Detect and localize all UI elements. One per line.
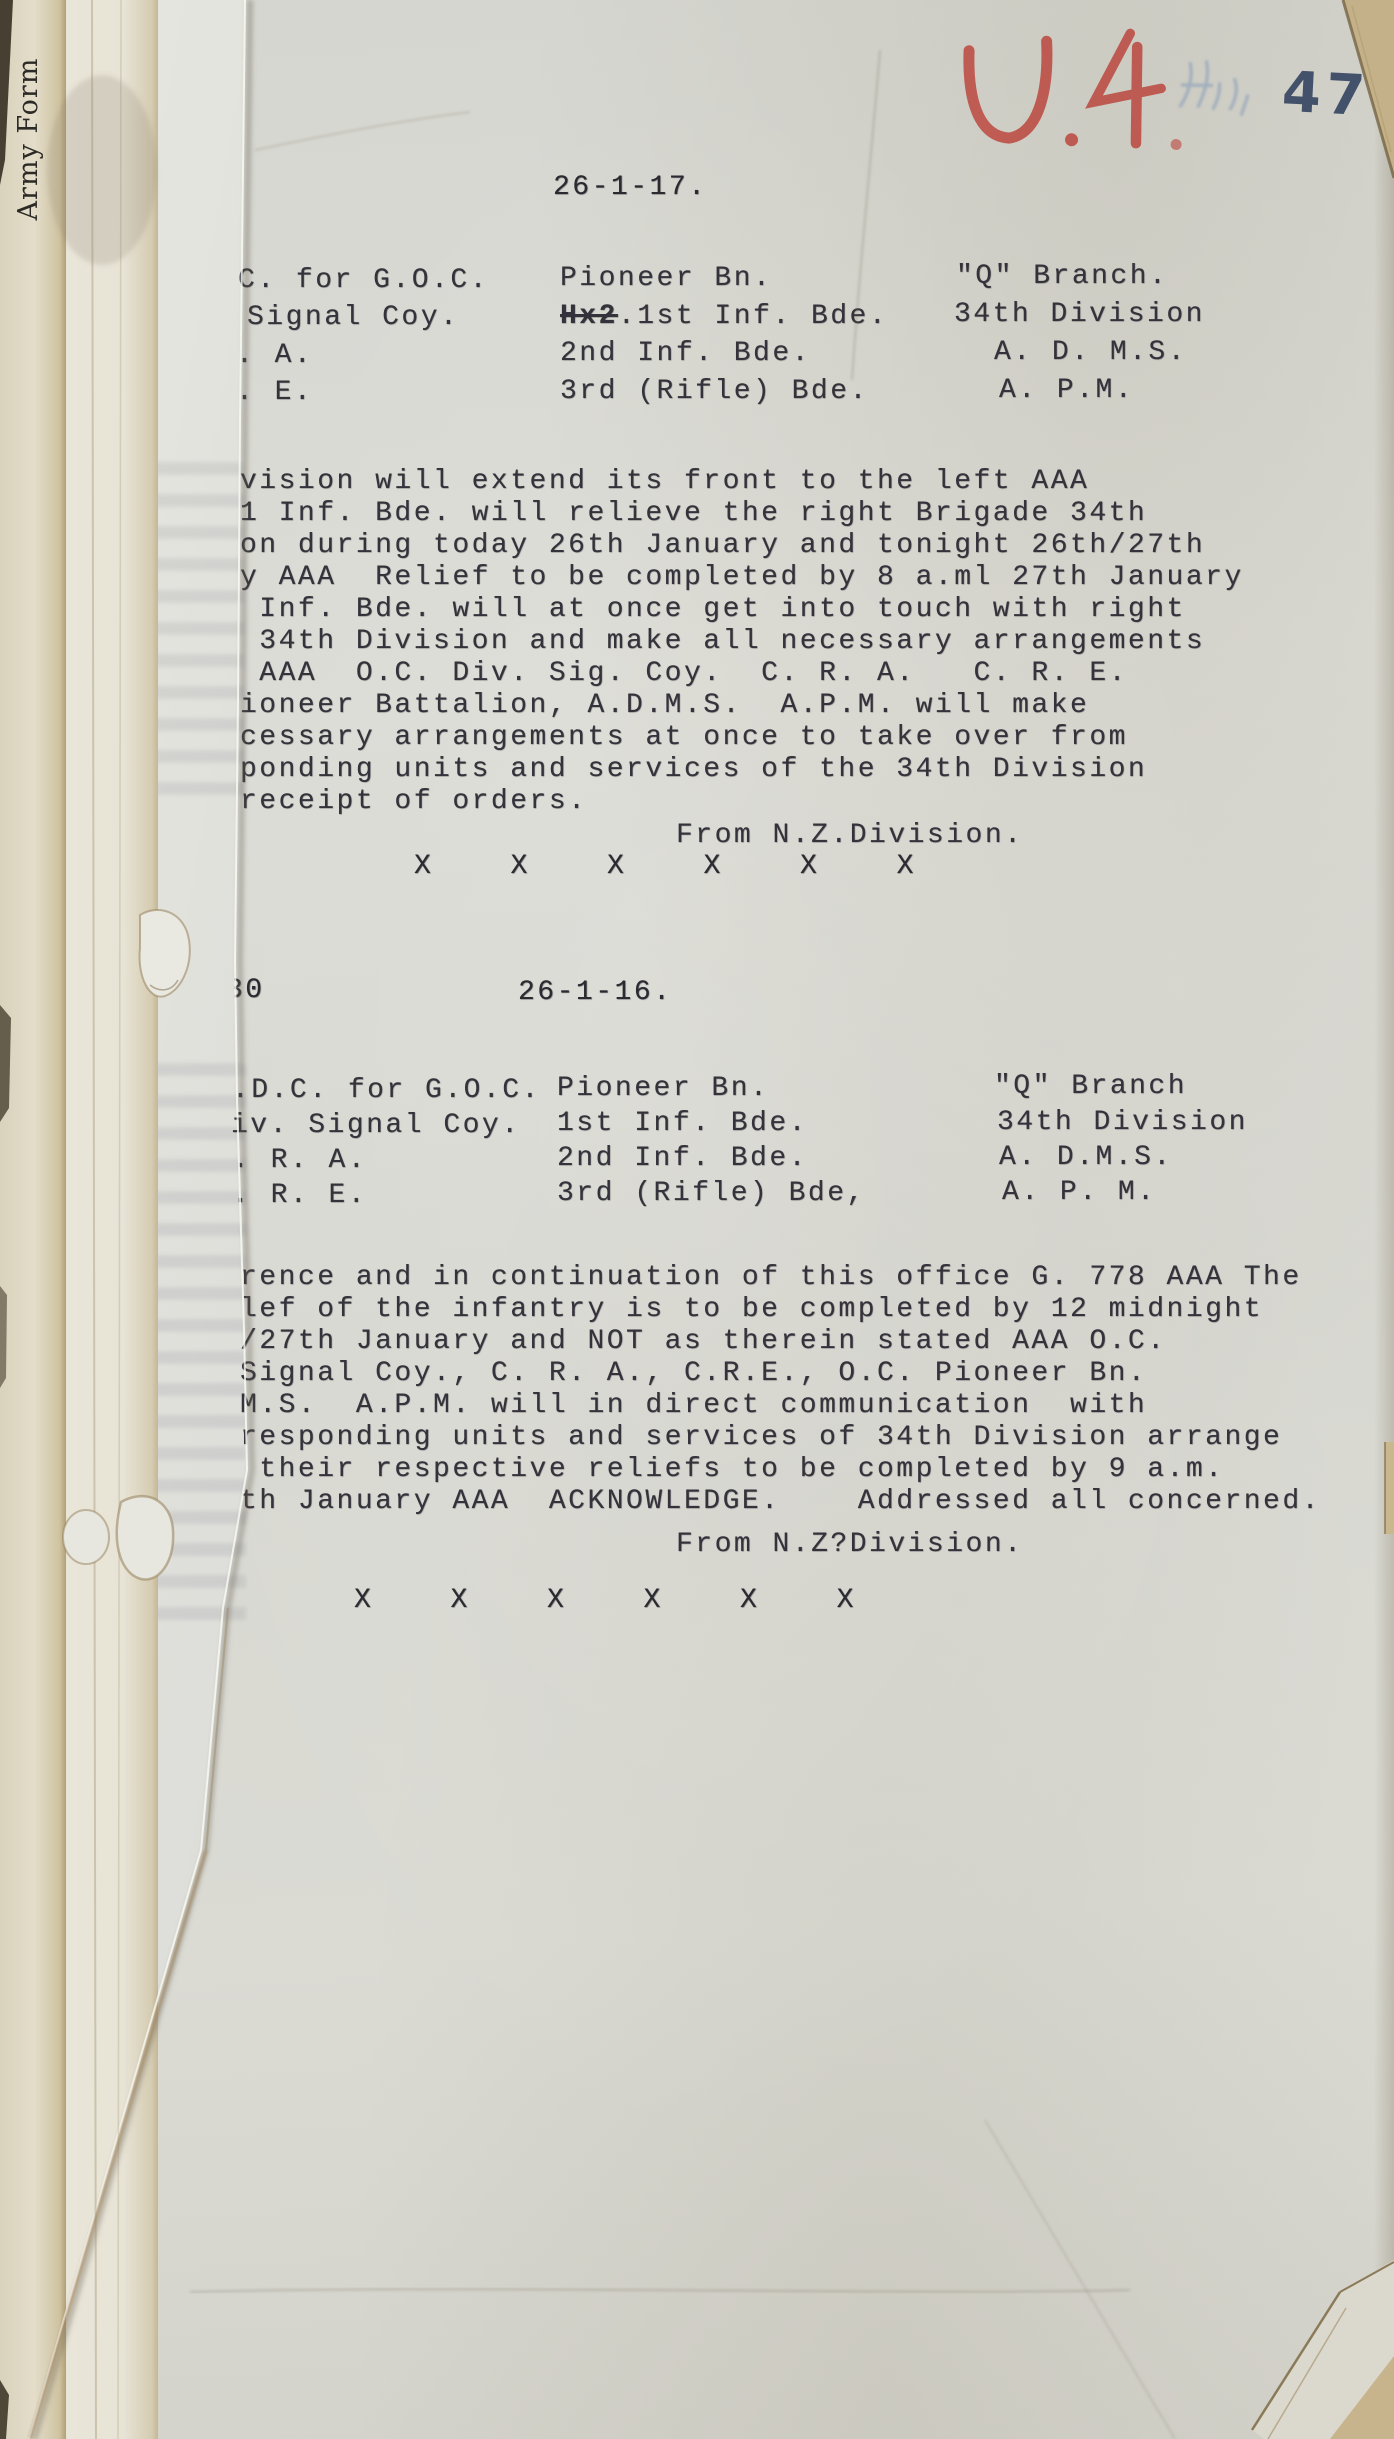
body-line: y AAA Relief to be completed by 8 a.ml 2…	[240, 562, 1244, 594]
body-line: /27th January and NOT as therein stated …	[240, 1326, 1167, 1358]
distribution-entry: Signal Coy.	[247, 302, 459, 334]
body-line: AAA O.C. Div. Sig. Coy. C. R. A. C. R. E…	[240, 658, 1128, 690]
body-line: Signal Coy., C. R. A., C.R.E., O.C. Pion…	[240, 1358, 1147, 1390]
distribution-entry: A. D. M.S.	[994, 337, 1187, 369]
body-line: rence and in continuation of this office…	[240, 1262, 1302, 1294]
distribution-entry: Hx2.1st Inf. Bde.	[560, 301, 888, 333]
distribution-entry: Pioneer Bn.	[560, 263, 772, 295]
message2-date: 26-1-16.	[518, 977, 672, 1009]
body-line: lef of the infantry is to be completed b…	[240, 1294, 1263, 1326]
body-line: 34th Division and make all necessary arr…	[240, 626, 1205, 658]
blue-page-number: 47	[1280, 60, 1371, 130]
body-line: receipt of orders.	[240, 786, 587, 818]
distribution-entry: 3rd (Rifle) Bde.	[560, 376, 869, 408]
scanned-document-photo: 30 Army Form 26-1-17. C. for G.O.C. Sign…	[0, 0, 1394, 2439]
body-line: on during today 26th January and tonight…	[240, 530, 1205, 562]
distribution-entry: . A.	[236, 340, 313, 372]
distribution-entry: 34th Division	[997, 1107, 1248, 1139]
body-line: ioneer Battalion, A.D.M.S. A.P.M. will m…	[240, 690, 1089, 722]
distribution-entry-rest: .1st Inf. Bde.	[618, 301, 888, 332]
distribution-entry: C. for G.O.C.	[238, 265, 489, 297]
distribution-entry: Pioneer Bn.	[557, 1073, 769, 1105]
struck-out-text: Hx2	[560, 301, 618, 332]
body-line: 1 Inf. Bde. will relieve the right Briga…	[240, 498, 1147, 530]
distribution-entry: "Q" Branch.	[956, 261, 1168, 293]
distribution-entry: "Q" Branch	[994, 1071, 1187, 1103]
body-line: Inf. Bde. will at once get into touch wi…	[240, 594, 1186, 626]
distribution-entry: iv. Signal Coy.	[231, 1110, 521, 1142]
x-separator-row: X X X X X X	[414, 851, 916, 883]
distribution-entry: A. P.M.	[999, 375, 1134, 407]
x-separator-row: X X X X X X	[354, 1585, 856, 1617]
from-line: From N.Z.Division.	[676, 820, 1023, 852]
body-line: vision will extend its front to the left…	[240, 466, 1089, 498]
body-line: cessary arrangements at once to take ove…	[240, 722, 1128, 754]
body-line: responding units and services of 34th Di…	[240, 1422, 1282, 1454]
distribution-entry: . R. E.	[232, 1180, 367, 1212]
distribution-entry: 3rd (Rifle) Bde,	[557, 1178, 866, 1210]
body-line: M.S. A.P.M. will in direct communication…	[240, 1390, 1147, 1422]
distribution-entry: . R. A.	[232, 1145, 367, 1177]
distribution-entry: A. D.M.S.	[999, 1142, 1173, 1174]
body-line: th January AAA ACKNOWLEDGE. Addressed al…	[240, 1486, 1321, 1518]
distribution-entry: 2nd Inf. Bde.	[557, 1143, 808, 1175]
body-line: their respective reliefs to be completed…	[240, 1454, 1224, 1486]
distribution-entry: . E.	[236, 377, 313, 409]
distribution-entry: 2nd Inf. Bde.	[560, 338, 811, 370]
typed-content: 26-1-17. C. for G.O.C. Signal Coy. . A. …	[0, 0, 1394, 2439]
distribution-entry: .D.C. for G.O.C.	[232, 1075, 541, 1107]
message1-date: 26-1-17.	[553, 172, 707, 204]
from-line: From N.Z?Division.	[676, 1529, 1023, 1561]
distribution-entry: 34th Division	[954, 299, 1205, 331]
distribution-entry: A. P. M.	[1002, 1177, 1156, 1209]
body-line: ponding units and services of the 34th D…	[240, 754, 1147, 786]
distribution-entry: 1st Inf. Bde.	[557, 1108, 808, 1140]
